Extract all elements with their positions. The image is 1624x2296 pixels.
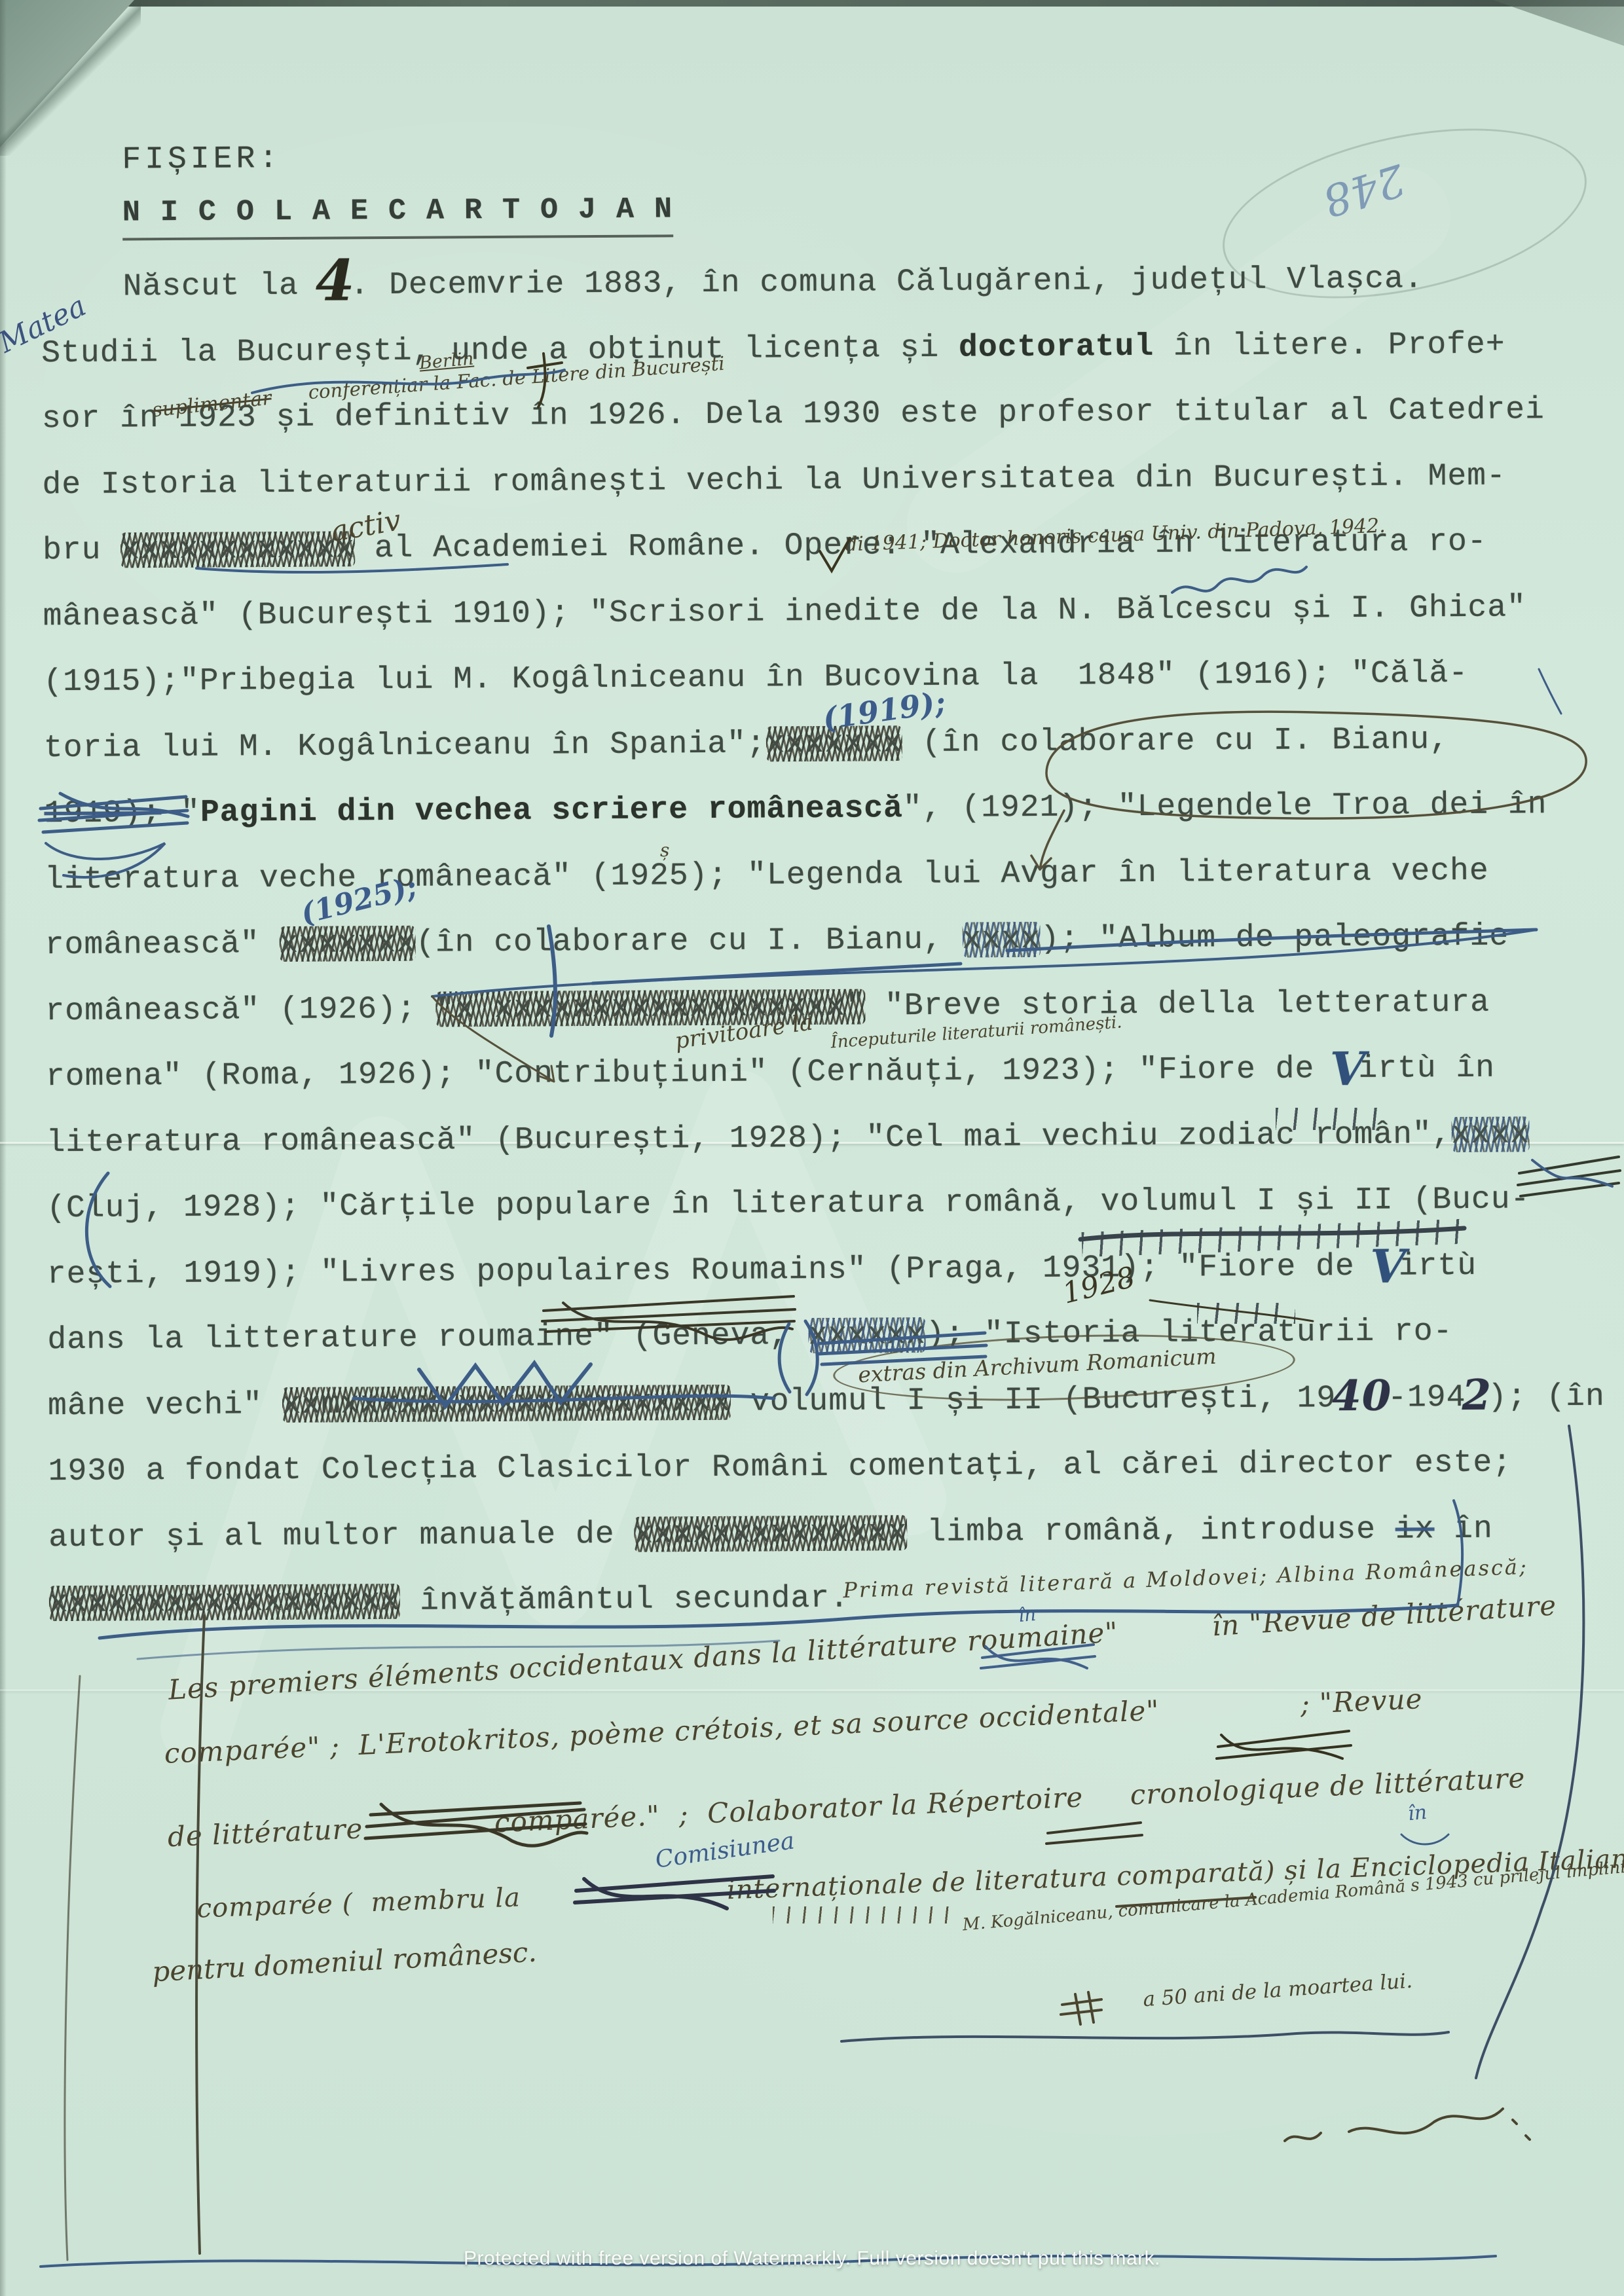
annotation-inserted-in: în [1407,1801,1428,1825]
typed-segment: ); "Album de paleografie [1041,919,1509,957]
typed-segment: (1915);"Pribegia lui M. Kogâlniceanu în … [43,656,1468,700]
typed-segment: romena" (Roma, 1926); "Contribuțiuni" (C… [46,1051,1334,1095]
typed-segment: -194 [1388,1379,1466,1415]
typed-line: românească" xxxxxxx(în colaborare cu I. … [45,921,1509,962]
typed-line: (Cluj, 1928); "Cărțile populare în liter… [46,1184,1530,1224]
typed-segment: (în colaborare cu I. Bianu, [902,722,1449,761]
typed-line: 1930 a fondat Colecția Clasicilor Români… [48,1448,1513,1488]
typed-segment: 1930 a fondat Colecția Clasicilor Români… [48,1446,1513,1490]
annotation-inserted-letter: ș [660,839,669,861]
typed-line: mânească" (București 1910); "Scrisori in… [43,592,1526,632]
typed-segment: în litere. Profe+ [1154,327,1505,364]
typed-segment: de Istoria literaturii românești vechi l… [42,458,1506,503]
typed-segment: învățământul secundar. [400,1581,849,1619]
typed-segment: românească" (1926); [45,991,435,1029]
typed-segment: xxmxxxxxxxxxxxxxxxxxxxx [282,1384,731,1422]
typed-segment: Studii la București, unde a obținut lice… [41,330,959,371]
typed-segment: literatura românească" (București, 1928)… [46,1117,1451,1161]
typed-segment: mâne vechi" [48,1387,282,1423]
watermark-caption: Protected with free version of Watermark… [0,2247,1624,2270]
typed-segment: irtù în [1358,1051,1495,1087]
hand-hatch-underline [1197,1303,1295,1324]
typed-segment: rești, 1919); "Livres populaires Roumain… [47,1248,1375,1292]
typed-segment: bru [43,532,121,568]
typed-segment: ", (1921); "Legendele Troa dei în [903,787,1547,826]
typed-segment: ); (în [1488,1379,1605,1415]
typed-line: mâne vechi" xxmxxxxxxxxxxxxxxxxxxxx volu… [48,1381,1605,1422]
typed-line: romena" (Roma, 1926); "Contribuțiuni" (C… [46,1053,1495,1093]
document-title: N I C O L A E C A R T O J A N [122,194,674,240]
typed-segment: xxxxxxxxxxxxxx [634,1515,908,1552]
typed-segment: mânească" (București 1910); "Scrisori in… [43,590,1526,634]
typed-segment: doctoratul [959,329,1154,365]
typed-line: autor și al multor manuale de xxxxxxxxxx… [48,1513,1493,1553]
typed-line: xxxxxxxxxxxxxxxxxx învățământul secundar… [49,1583,849,1619]
typed-line: Născut la 4. Decemvrie 1883, în comuna C… [41,263,1424,303]
scanned-document-page: 248 FIȘIER: N I C O L A E C A R T O J A … [0,0,1624,2296]
typed-segment: în [1434,1511,1493,1547]
hand-hatch-underline [1276,1108,1384,1130]
typed-segment: xxxxxxxxxxxxxxxxxx [49,1584,401,1621]
typed-segment: xxxxxxxxxxxx [120,531,355,568]
typed-line: toria lui M. Kogâlniceanu în Spania";xxx… [44,724,1449,764]
typed-segment: xxxxxx [809,1317,926,1353]
typed-segment: . Decemvrie 1883, în comuna Călugăreni, … [350,261,1424,303]
typed-segment: literatura veche româneacă" (1925); "Leg… [45,853,1489,897]
typed-segment: "Breve storia della letteratura [865,985,1490,1024]
typed-segment: românească" [45,926,280,963]
typed-line: Studii la București, unde a obținut lice… [41,329,1505,369]
typed-segment: xxxx [1451,1116,1530,1152]
typed-segment: xxxx [962,922,1041,958]
typed-segment: (în colaborare cu I. Bianu, [416,922,963,961]
typed-line: de Istoria literaturii românești vechi l… [42,460,1506,501]
typed-segment: ix [1395,1512,1435,1547]
typed-line: 1919); "Pagini din vechea scriere române… [44,789,1547,829]
typed-segment: xxxxxxx [279,926,416,962]
typed-segment: irtù [1399,1248,1477,1284]
typed-segment: Pagini din vechea scriere românească [200,791,903,831]
typed-segment: (Cluj, 1928); "Cărțile populare în liter… [46,1182,1530,1226]
typed-line: literatura veche româneacă" (1925); "Leg… [45,855,1489,895]
typed-segment: toria lui M. Kogâlniceanu în Spania"; [44,726,766,766]
document-label: FIȘIER: [122,143,282,175]
typed-segment: limba română, introduse [908,1512,1395,1550]
typed-segment: Născut la [122,268,318,305]
annotation-inserted-in: în [1018,1603,1037,1626]
typed-line: (1915);"Pribegia lui M. Kogâlniceanu în … [43,658,1468,698]
typed-line: rești, 1919); "Livres populaires Roumain… [47,1250,1477,1290]
typed-segment: 40 [1332,1371,1392,1421]
typed-segment: 1919); [44,795,161,831]
hand-hatch-underline [773,1906,956,1923]
typed-segment: autor și al multor manuale de [48,1516,634,1555]
typed-segment: dans la litterature roumaine" (Geneva, [47,1318,809,1358]
typed-segment: " [161,795,200,831]
